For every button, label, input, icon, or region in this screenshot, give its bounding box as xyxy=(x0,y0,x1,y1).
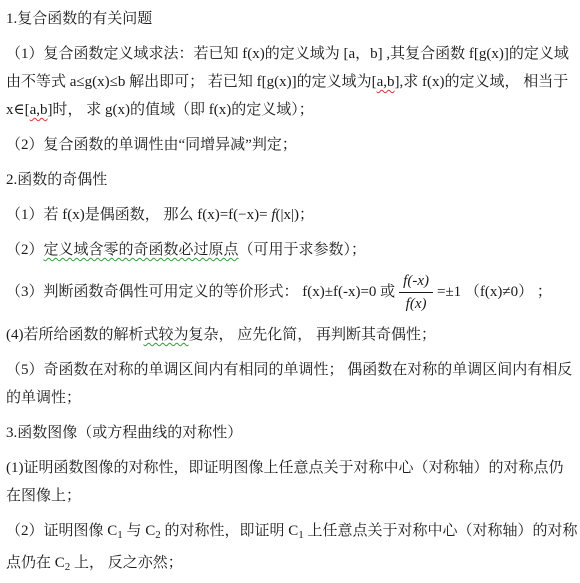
simplify-before-judging-rule: (4)若所给函数的解析式较为复杂， 应先化简， 再判断其奇偶性； xyxy=(6,321,578,349)
text-run: （2） xyxy=(6,242,44,258)
grammar-flagged-text: 式较为 xyxy=(144,327,189,343)
fraction-denominator: f(x) xyxy=(402,293,431,314)
text-run: (|x|)； xyxy=(276,207,315,223)
parity-equivalent-forms: （3）判断函数奇偶性可用定义的等价形式： f(x)±f(-x)=0 或f(-x)… xyxy=(6,271,578,314)
section-1-title: 1.复合函数的有关问题 xyxy=(6,5,578,33)
composite-monotonicity-rule: （2）复合函数的单调性由“同增异减”判定； xyxy=(6,131,578,159)
fraction: f(-x)f(x) xyxy=(399,271,433,314)
self-symmetry-proof: (1)证明函数图像的对称性，即证明图像上任意点关于对称中心（对称轴）的对称点仍在… xyxy=(6,454,578,510)
misspelled-text: a,b xyxy=(377,74,395,90)
even-function-rule: （1）若 f(x)是偶函数， 那么 f(x)=f(−x)= f(|x|)； xyxy=(6,201,578,229)
text-run: （1）若 f(x)是偶函数， 那么 f(x)=f(−x)= xyxy=(6,207,271,223)
text-run: （可用于求参数）； xyxy=(239,242,367,258)
text-run: (1)证明函数图像的对称性，即证明图像上任意点关于对称中心（对称轴）的对称点仍在… xyxy=(6,460,564,504)
text-run: 3.函数图像（或方程曲线的对称性） xyxy=(6,425,242,441)
text-run: （3）判断函数奇偶性可用定义的等价形式： f(x)±f(-x)=0 或 xyxy=(6,284,395,300)
fraction-numerator: f(-x) xyxy=(399,271,433,293)
text-run: 复杂， 应先化简， 再判断其奇偶性； xyxy=(189,327,437,343)
text-run: （2）证明图像 C xyxy=(6,523,117,539)
section-2-title: 2.函数的奇偶性 xyxy=(6,166,578,194)
curve-pair-symmetry-proof: （2）证明图像 C1 与 C2 的对称性，即证明 C1 上任意点关于对称中心（对… xyxy=(6,517,578,581)
text-run: （2）复合函数的单调性由“同增异减”判定； xyxy=(6,137,297,153)
text-run: =±1 （f(x)≠0） ； xyxy=(437,284,552,300)
section-3-title: 3.函数图像（或方程曲线的对称性） xyxy=(6,419,578,447)
text-run: 的对称性，即证明 C xyxy=(161,523,299,539)
document-body: 1.复合函数的有关问题（1）复合函数定义域求法：若已知 f(x)的定义域为 [a… xyxy=(6,5,578,581)
text-run: （5）奇函数在对称的单调区间内有相同的单调性； 偶函数在对称的单调区间内有相反的… xyxy=(6,362,572,406)
text-run: ]时， 求 g(x)的值域（即 f(x)的定义域）； xyxy=(48,102,314,118)
composite-domain-rule: （1）复合函数定义域求法：若已知 f(x)的定义域为 [a，b] ,其复合函数 … xyxy=(6,40,578,124)
text-run: 2.函数的奇偶性 xyxy=(6,172,107,188)
text-run: 1.复合函数的有关问题 xyxy=(6,11,152,27)
odd-function-origin-rule: （2）定义域含零的奇函数必过原点（可用于求参数）； xyxy=(6,236,578,264)
grammar-flagged-text: 定义域含零的奇函数必过原点 xyxy=(44,242,239,258)
text-run: (4)若所给函数的解析 xyxy=(6,327,144,343)
text-run: 上， 反之亦然； xyxy=(70,555,183,571)
misspelled-text: a,b xyxy=(30,102,48,118)
text-run: 与 C xyxy=(123,523,156,539)
monotonicity-symmetry-rule: （5）奇函数在对称的单调区间内有相同的单调性； 偶函数在对称的单调区间内有相反的… xyxy=(6,356,578,412)
document-page: 1.复合函数的有关问题（1）复合函数定义域求法：若已知 f(x)的定义域为 [a… xyxy=(0,0,580,583)
